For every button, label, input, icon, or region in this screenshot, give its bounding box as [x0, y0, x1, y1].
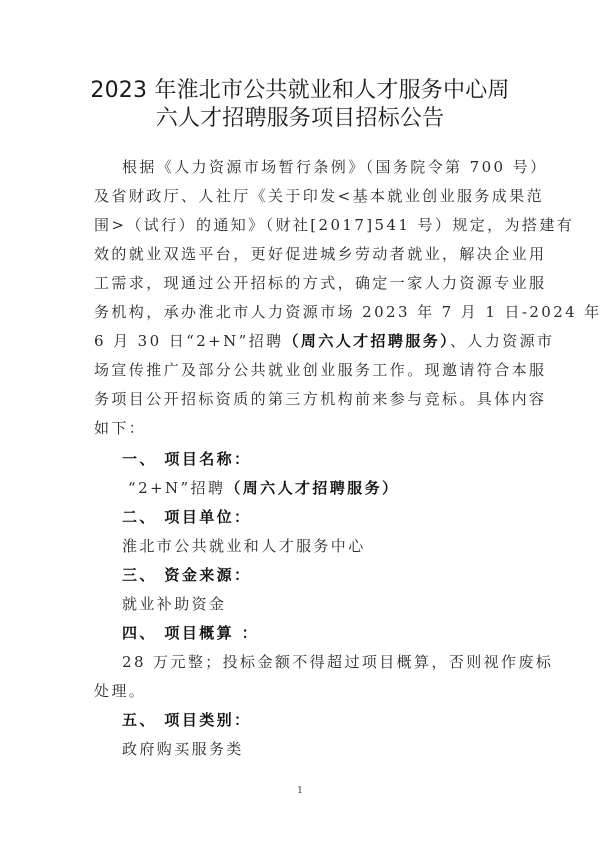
section-heading-funding-source: 三、 资金来源： [122, 565, 542, 585]
section-content-project-unit: 淮北市公共就业和人才服务中心 [122, 536, 542, 556]
intro-paragraph-line: 围>（试行）的通知》（财社[2017]541 号）规定，为搭建有 [94, 215, 514, 235]
project-name-emphasis: （周六人才招聘服务） [225, 479, 399, 497]
section-heading-project-unit: 二、 项目单位： [122, 507, 542, 527]
document-title-line-1: 2023 年淮北市公共就业和人才服务中心周 [80, 76, 520, 106]
section-heading-project-name: 一、 项目名称： [122, 449, 542, 469]
document-page: 2023 年淮北市公共就业和人才服务中心周 六人才招聘服务项目招标公告 根据《人… [0, 0, 600, 848]
section-content-budget-cont: 处理。 [94, 681, 514, 701]
section-heading-project-category: 五、 项目类别： [122, 710, 542, 730]
section-content-project-category: 政府购买服务类 [122, 739, 542, 759]
intro-paragraph-line: 务机构，承办淮北市人力资源市场 2023 年 7 月 1 日-2024 年 [94, 302, 514, 322]
intro-paragraph-line: 务项目公开招标资质的第三方机构前来参与竞标。具体内容 [94, 389, 514, 409]
project-name-text: “2+N”招聘 [128, 479, 225, 497]
intro-text: 6 月 30 日“2+N”招聘 [94, 332, 284, 350]
intro-paragraph-line: 根据《人力资源市场暂行条例》（国务院令第 700 号） [122, 157, 542, 177]
intro-emphasis: （周六人才招聘服务） [284, 332, 451, 350]
page-number: 1 [0, 786, 600, 796]
intro-paragraph-line: 6 月 30 日“2+N”招聘（周六人才招聘服务）、人力资源市 [94, 331, 514, 351]
intro-paragraph-line: 如下： [94, 418, 514, 438]
section-content-project-name: “2+N”招聘（周六人才招聘服务） [128, 478, 548, 498]
section-content-budget: 28 万元整；投标金额不得超过项目概算，否则视作废标 [122, 652, 542, 672]
document-title-line-2: 六人才招聘服务项目招标公告 [80, 104, 520, 134]
intro-paragraph-line: 场宣传推广及部分公共就业创业服务工作。现邀请符合本服 [94, 360, 514, 380]
intro-text: 、人力资源市 [450, 332, 554, 350]
intro-paragraph-line: 工需求，现通过公开招标的方式，确定一家人力资源专业服 [94, 273, 514, 293]
intro-paragraph-line: 效的就业双选平台，更好促进城乡劳动者就业，解决企业用 [94, 244, 514, 264]
section-content-funding-source: 就业补助资金 [122, 594, 542, 614]
intro-paragraph-line: 及省财政厅、人社厅《关于印发<基本就业创业服务成果范 [94, 186, 514, 206]
section-heading-budget: 四、 项目概算 ： [122, 623, 542, 643]
